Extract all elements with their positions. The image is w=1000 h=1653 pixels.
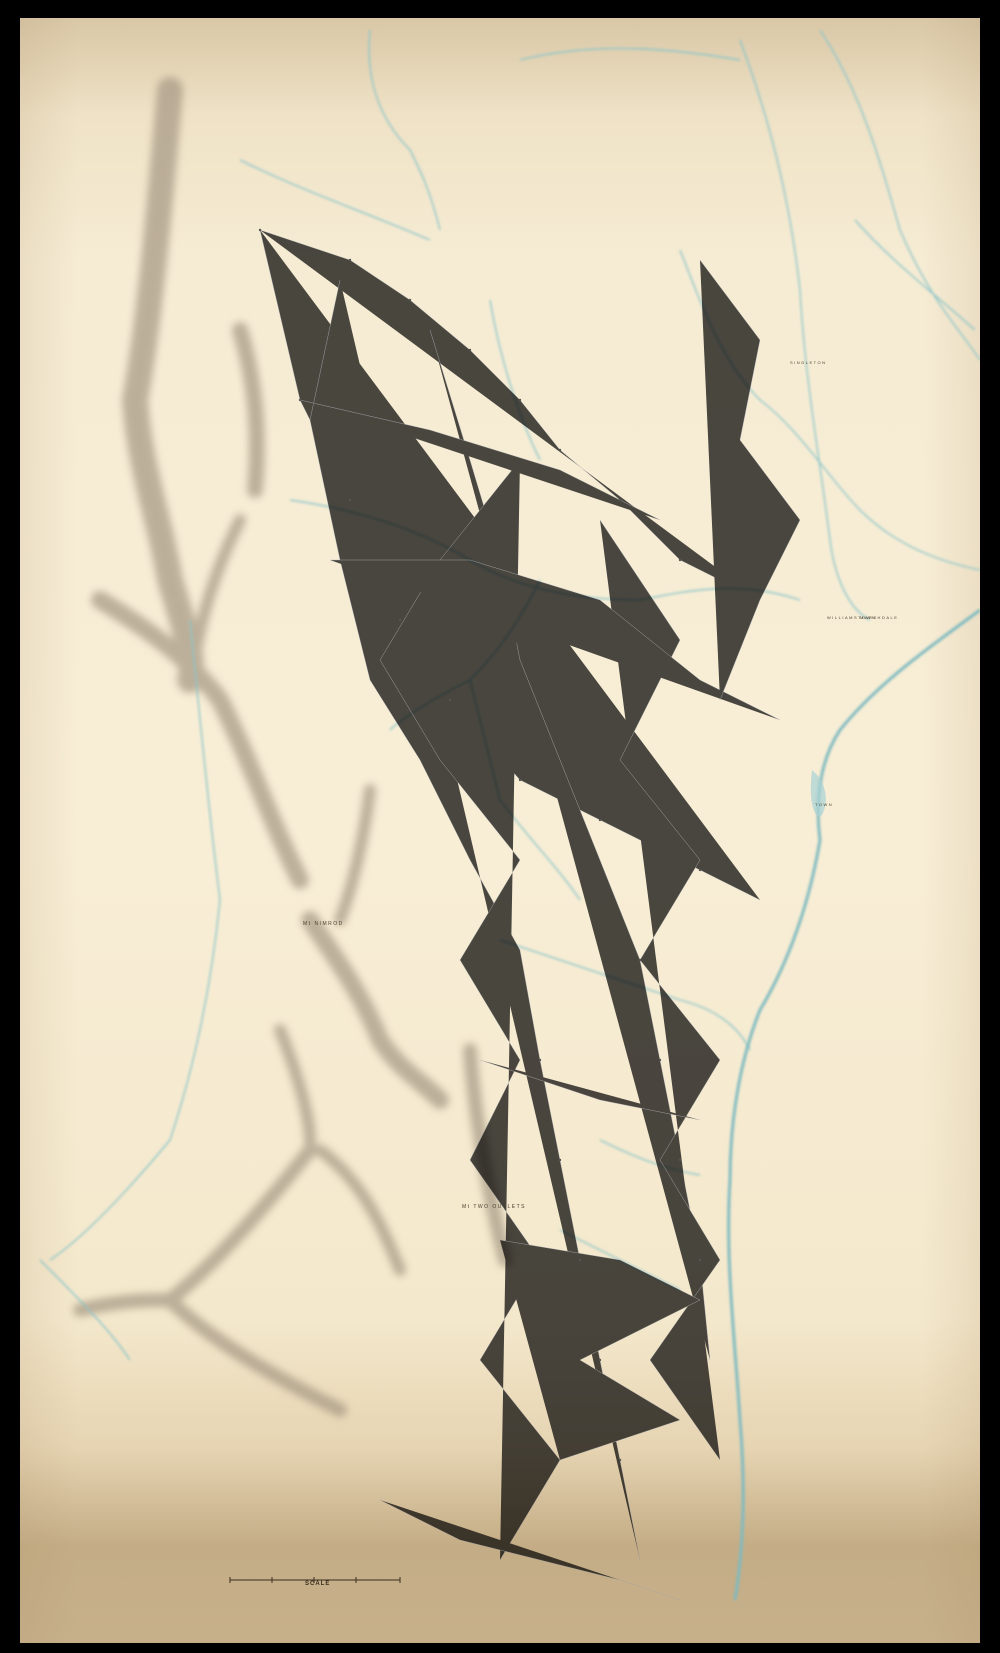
map-sheet: Mt NIMROD Mt TWO OUTLETS SINGLETON WILLI… [20, 18, 980, 1643]
map-drawing [20, 18, 980, 1643]
label-settlement-north: SINGLETON [790, 360, 827, 365]
coastline [729, 610, 980, 1600]
harbour [811, 770, 826, 816]
label-settlement-south: MAIMOYS [610, 1288, 639, 1293]
label-port: TOWN [815, 802, 833, 807]
scale-title: SCALE [305, 1581, 330, 1587]
label-mount-nimrod: Mt NIMROD [303, 921, 344, 927]
label-town-b: MARSHDALE [860, 615, 898, 620]
label-mount-two-outlets: Mt TWO OUTLETS [462, 1204, 526, 1210]
